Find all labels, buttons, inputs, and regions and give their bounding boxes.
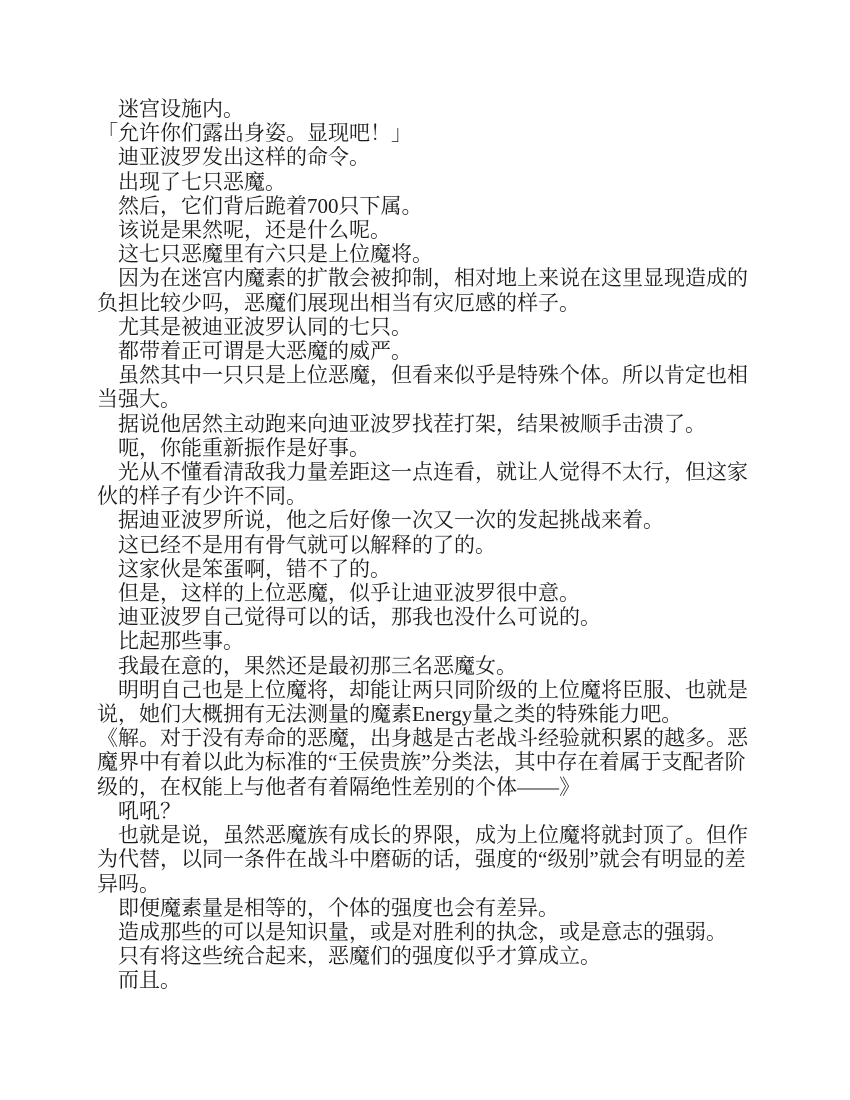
- paragraph: 都带着正可谓是大恶魔的威严。: [97, 339, 749, 363]
- paragraph: 这七只恶魔里有六只是上位魔将。: [97, 242, 749, 266]
- paragraph: 据说他居然主动跑来向迪亚波罗找茬打架，结果被顺手击溃了。: [97, 412, 749, 436]
- paragraph: 「允许你们露出身姿。显现吧！」: [97, 121, 749, 145]
- paragraph: 我最在意的，果然还是最初那三名恶魔女。: [97, 654, 749, 678]
- paragraph: 吼吼？: [97, 799, 749, 823]
- paragraph: 明明自己也是上位魔将，却能让两只同阶级的上位魔将臣服、也就是说，她们大概拥有无法…: [97, 678, 749, 726]
- paragraph: 但是，这样的上位恶魔，似乎让迪亚波罗很中意。: [97, 581, 749, 605]
- paragraph: 该说是果然呢，还是什么呢。: [97, 218, 749, 242]
- paragraph: 因为在迷宫内魔素的扩散会被抑制，相对地上来说在这里显现造成的负担比较少吗，恶魔们…: [97, 266, 749, 314]
- paragraph: 呃，你能重新振作是好事。: [97, 436, 749, 460]
- paragraph: 即便魔素量是相等的，个体的强度也会有差异。: [97, 896, 749, 920]
- paragraph: 然后，它们背后跪着700只下属。: [97, 194, 749, 218]
- paragraph: 出现了七只恶魔。: [97, 170, 749, 194]
- paragraph: 造成那些的可以是知识量，或是对胜利的执念，或是意志的强弱。: [97, 920, 749, 944]
- paragraph: 据迪亚波罗所说，他之后好像一次又一次的发起挑战来着。: [97, 508, 749, 532]
- paragraph: 迷宫设施内。: [97, 97, 749, 121]
- paragraph: 迪亚波罗自己觉得可以的话，那我也没什么可说的。: [97, 605, 749, 629]
- text-content: 迷宫设施内。「允许你们露出身姿。显现吧！」 迪亚波罗发出这样的命令。 出现了七只…: [97, 97, 749, 993]
- novel-page: 迷宫设施内。「允许你们露出身姿。显现吧！」 迪亚波罗发出这样的命令。 出现了七只…: [0, 0, 850, 1100]
- paragraph: 《解。对于没有寿命的恶魔，出身越是古老战斗经验就积累的越多。恶魔界中有着以此为标…: [97, 726, 749, 799]
- paragraph: 光从不懂看清敌我力量差距这一点连看，就让人觉得不太行，但这家伙的样子有少许不同。: [97, 460, 749, 508]
- paragraph: 只有将这些统合起来，恶魔们的强度似乎才算成立。: [97, 944, 749, 968]
- paragraph: 迪亚波罗发出这样的命令。: [97, 145, 749, 169]
- paragraph: 而且。: [97, 968, 749, 992]
- paragraph: 比起那些事。: [97, 629, 749, 653]
- paragraph: 这已经不是用有骨气就可以解释的了的。: [97, 533, 749, 557]
- paragraph: 虽然其中一只只是上位恶魔，但看来似乎是特殊个体。所以肯定也相当强大。: [97, 363, 749, 411]
- paragraph: 这家伙是笨蛋啊，错不了的。: [97, 557, 749, 581]
- paragraph: 尤其是被迪亚波罗认同的七只。: [97, 315, 749, 339]
- paragraph: 也就是说，虽然恶魔族有成长的界限，成为上位魔将就封顶了。但作为代替，以同一条件在…: [97, 823, 749, 896]
